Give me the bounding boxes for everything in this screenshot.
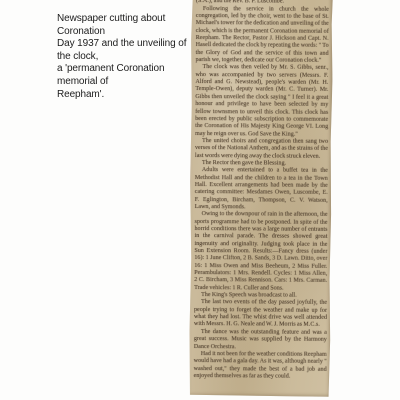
article-paragraph-10: Had it not been for the weather conditio… [194,351,327,381]
article-paragraph-3: The united choirs and congregation then … [195,138,328,161]
newspaper-clipping: was conducted by Pastor J. Hickson, Capt… [189,0,333,397]
article-paragraph-1: Following the service in church the whol… [196,6,329,66]
article-column: was conducted by Pastor J. Hickson, Capt… [189,0,333,384]
article-paragraph-9: The dance was the outstanding feature an… [194,329,327,352]
article-paragraph-2: The clock was then veiled by Mr. S. Gibb… [195,64,328,138]
caption-text: Newspaper cutting about Coronation Day 1… [57,13,199,101]
article-paragraph-5: Adults were entertained to a buffet tea … [195,167,328,212]
archive-scan-page: Newspaper cutting about Coronation Day 1… [0,0,400,400]
article-paragraph-6: Owing to the downpour of rain in the aft… [194,211,327,293]
article-paragraph-8: The last two events of the day passed jo… [194,299,327,329]
